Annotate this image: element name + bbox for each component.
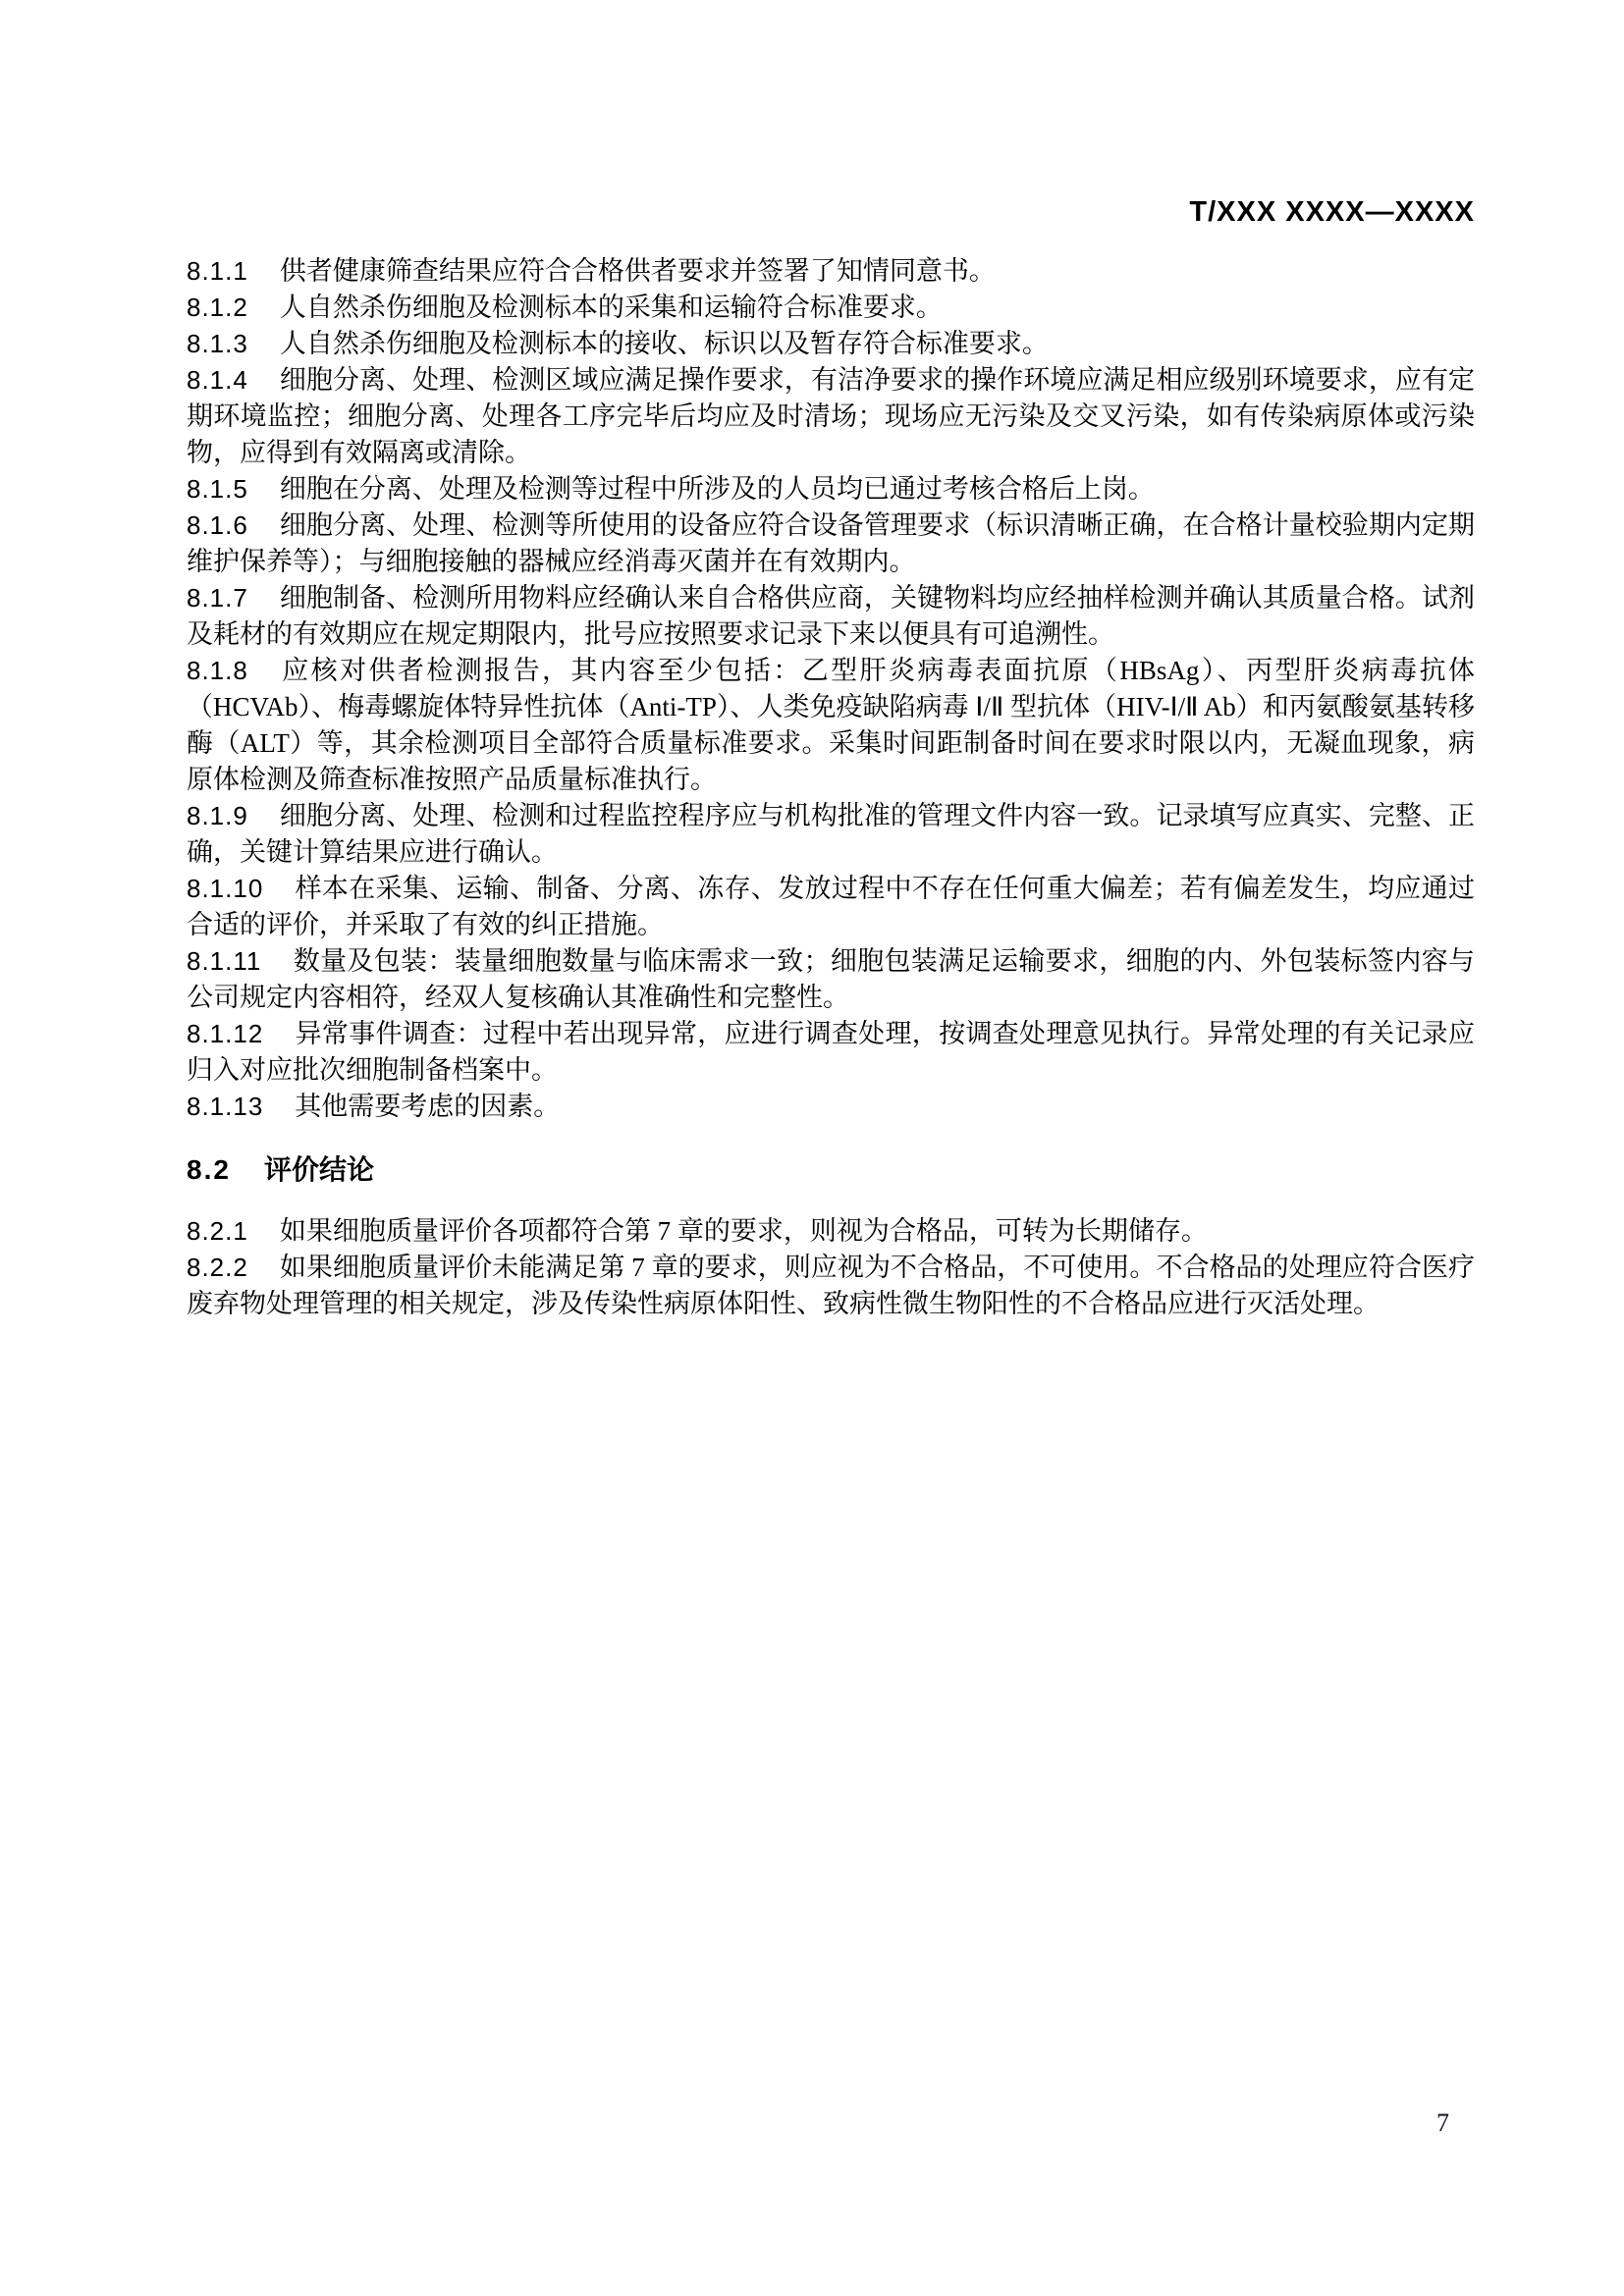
clause-number: 8.1.3 xyxy=(187,329,248,358)
clause-number: 8.1.4 xyxy=(187,365,248,395)
clause-text: 如果细胞质量评价未能满足第 7 章的要求，则应视为不合格品，不可使用。不合格品的… xyxy=(187,1253,1475,1318)
clause-number: 8.1.7 xyxy=(187,583,248,613)
clause-text: 细胞制备、检测所用物料应经确认来自合格供应商，关键物料均应经抽样检测并确认其质量… xyxy=(187,583,1475,649)
clause-text: 人自然杀伤细胞及检测标本的采集和运输符合标准要求。 xyxy=(280,293,943,322)
clause-8-1-4: 8.1.4细胞分离、处理、检测区域应满足操作要求，有洁净要求的操作环境应满足相应… xyxy=(187,362,1475,471)
clause-8-1-8: 8.1.8应核对供者检测报告，其内容至少包括：乙型肝炎病毒表面抗原（HBsAg）… xyxy=(187,653,1475,798)
clause-text: 应核对供者检测报告，其内容至少包括：乙型肝炎病毒表面抗原（HBsAg）、丙型肝炎… xyxy=(187,656,1475,794)
clause-8-1-7: 8.1.7细胞制备、检测所用物料应经确认来自合格供应商，关键物料均应经抽样检测并… xyxy=(187,580,1475,653)
clause-text: 细胞在分离、处理及检测等过程中所涉及的人员均已通过考核合格后上岗。 xyxy=(280,474,1155,504)
clause-number: 8.1.13 xyxy=(187,1092,263,1121)
clause-text: 细胞分离、处理、检测区域应满足操作要求，有洁净要求的操作环境应满足相应级别环境要… xyxy=(187,365,1475,467)
document-body: 8.1.1供者健康筛查结果应符合合格供者要求并签署了知情同意书。 8.1.2人自… xyxy=(187,253,1475,1322)
clause-text: 其他需要考虑的因素。 xyxy=(295,1092,560,1121)
page-number: 7 xyxy=(1436,2109,1449,2138)
clause-text: 人自然杀伤细胞及检测标本的接收、标识以及暂存符合标准要求。 xyxy=(280,329,1049,358)
clause-number: 8.2.2 xyxy=(187,1253,248,1282)
clause-8-1-12: 8.1.12异常事件调查：过程中若出现异常，应进行调查处理，按调查处理意见执行。… xyxy=(187,1016,1475,1089)
section-heading-8-2: 8.2评价结论 xyxy=(187,1150,1475,1190)
clause-number: 8.1.1 xyxy=(187,256,248,286)
clause-8-1-11: 8.1.11数量及包装：装量细胞数量与临床需求一致；细胞包装满足运输要求，细胞的… xyxy=(187,943,1475,1016)
section-title: 评价结论 xyxy=(264,1154,374,1185)
clause-8-1-10: 8.1.10样本在采集、运输、制备、分离、冻存、发放过程中不存在任何重大偏差；若… xyxy=(187,871,1475,943)
clause-8-1-5: 8.1.5细胞在分离、处理及检测等过程中所涉及的人员均已通过考核合格后上岗。 xyxy=(187,471,1475,507)
clause-8-1-2: 8.1.2人自然杀伤细胞及检测标本的采集和运输符合标准要求。 xyxy=(187,290,1475,326)
clause-number: 8.1.12 xyxy=(187,1019,263,1048)
clause-number: 8.1.11 xyxy=(187,946,261,976)
clause-text: 供者健康筛查结果应符合合格供者要求并签署了知情同意书。 xyxy=(280,256,996,286)
clause-8-2-2: 8.2.2如果细胞质量评价未能满足第 7 章的要求，则应视为不合格品，不可使用。… xyxy=(187,1250,1475,1322)
clause-text: 细胞分离、处理、检测和过程监控程序应与机构批准的管理文件内容一致。记录填写应真实… xyxy=(187,801,1475,867)
clause-number: 8.1.10 xyxy=(187,874,263,903)
clause-number: 8.1.9 xyxy=(187,801,248,830)
section-number: 8.2 xyxy=(187,1154,231,1185)
clause-8-1-6: 8.1.6细胞分离、处理、检测等所使用的设备应符合设备管理要求（标识清晰正确，在… xyxy=(187,507,1475,580)
clause-number: 8.1.8 xyxy=(187,656,248,685)
clause-8-1-13: 8.1.13其他需要考虑的因素。 xyxy=(187,1089,1475,1125)
clause-text: 样本在采集、运输、制备、分离、冻存、发放过程中不存在任何重大偏差；若有偏差发生，… xyxy=(187,874,1475,939)
clause-8-1-3: 8.1.3人自然杀伤细胞及检测标本的接收、标识以及暂存符合标准要求。 xyxy=(187,326,1475,362)
clause-8-1-1: 8.1.1供者健康筛查结果应符合合格供者要求并签署了知情同意书。 xyxy=(187,253,1475,290)
clause-text: 如果细胞质量评价各项都符合第 7 章的要求，则视为合格品，可转为长期储存。 xyxy=(280,1216,1208,1246)
clause-text: 细胞分离、处理、检测等所使用的设备应符合设备管理要求（标识清晰正确，在合格计量校… xyxy=(187,510,1475,576)
document-page: T/XXX XXXX—XXXX 8.1.1供者健康筛查结果应符合合格供者要求并签… xyxy=(0,0,1624,2296)
clause-number: 8.2.1 xyxy=(187,1216,248,1246)
clause-8-2-1: 8.2.1如果细胞质量评价各项都符合第 7 章的要求，则视为合格品，可转为长期储… xyxy=(187,1213,1475,1250)
clause-text: 数量及包装：装量细胞数量与临床需求一致；细胞包装满足运输要求，细胞的内、外包装标… xyxy=(187,946,1475,1012)
clause-number: 8.1.5 xyxy=(187,474,248,504)
clause-8-1-9: 8.1.9细胞分离、处理、检测和过程监控程序应与机构批准的管理文件内容一致。记录… xyxy=(187,798,1475,871)
clause-text: 异常事件调查：过程中若出现异常，应进行调查处理，按调查处理意见执行。异常处理的有… xyxy=(187,1019,1475,1085)
clause-number: 8.1.6 xyxy=(187,510,248,540)
clause-number: 8.1.2 xyxy=(187,293,248,322)
standard-number-header: T/XXX XXXX—XXXX xyxy=(1189,196,1475,229)
